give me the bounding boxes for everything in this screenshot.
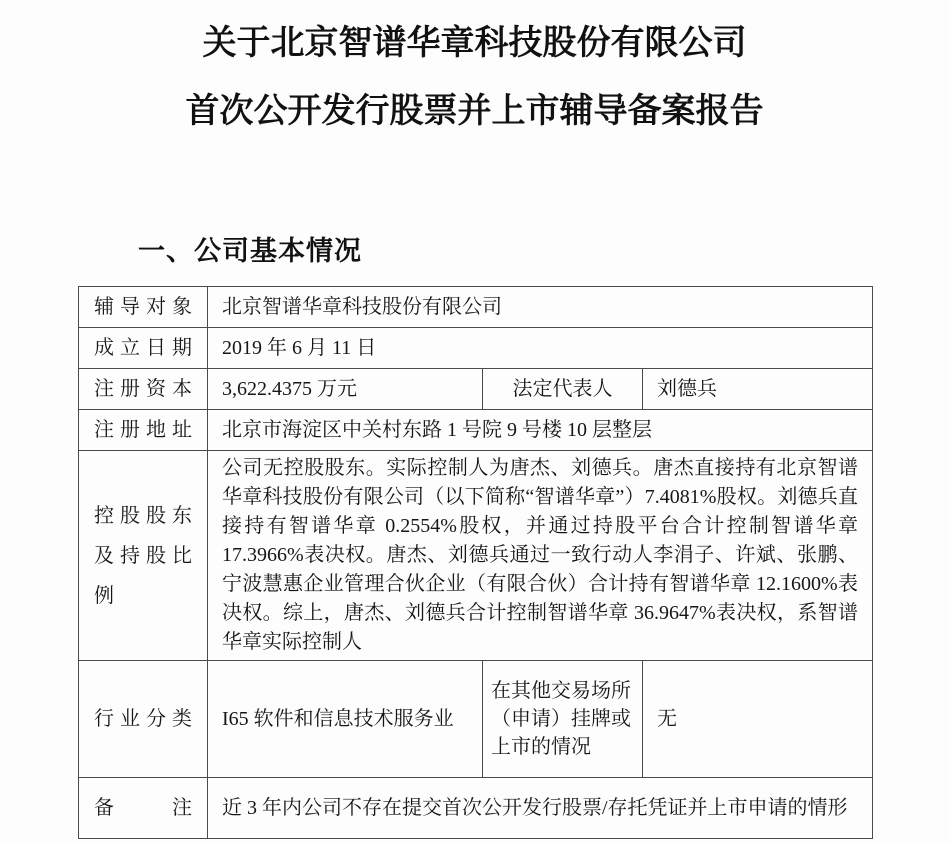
row-controlling-shareholders: 控股股东及持股比例 公司无控股股东。实际控制人为唐杰、刘德兵。唐杰直接持有北京智… xyxy=(79,451,873,661)
tutoring-target-value: 北京智谱华章科技股份有限公司 xyxy=(208,287,873,328)
legal-representative-label: 法定代表人 xyxy=(483,369,643,410)
row-remarks: 备注 近 3 年内公司不存在提交首次公开发行股票/存托凭证并上市申请的情形 xyxy=(79,778,873,839)
tutoring-target-label: 辅导对象 xyxy=(79,287,208,328)
document-page: 关于北京智谱华章科技股份有限公司 首次公开发行股票并上市辅导备案报告 一、公司基… xyxy=(0,0,949,844)
establishment-date-label: 成立日期 xyxy=(79,328,208,369)
row-registered-address: 注册地址 北京市海淀区中关村东路 1 号院 9 号楼 10 层整层 xyxy=(79,410,873,451)
row-registered-capital: 注册资本 3,622.4375 万元 法定代表人 刘德兵 xyxy=(79,369,873,410)
row-establishment-date: 成立日期 2019 年 6 月 11 日 xyxy=(79,328,873,369)
document-title-line-1: 关于北京智谱华章科技股份有限公司 xyxy=(0,24,949,62)
registered-address-value: 北京市海淀区中关村东路 1 号院 9 号楼 10 层整层 xyxy=(208,410,873,451)
company-info-table: 辅导对象 北京智谱华章科技股份有限公司 成立日期 2019 年 6 月 11 日… xyxy=(78,286,873,839)
row-industry-classification: 行业分类 I65 软件和信息技术服务业 在其他交易场所（申请）挂牌或上市的情况 … xyxy=(79,661,873,778)
industry-classification-label: 行业分类 xyxy=(79,661,208,778)
remarks-label: 备注 xyxy=(79,778,208,839)
controlling-shareholders-label: 控股股东及持股比例 xyxy=(79,451,208,661)
registered-capital-value: 3,622.4375 万元 xyxy=(208,369,483,410)
establishment-date-value: 2019 年 6 月 11 日 xyxy=(208,328,873,369)
registered-address-label: 注册地址 xyxy=(79,410,208,451)
industry-classification-value: I65 软件和信息技术服务业 xyxy=(208,661,483,778)
document-title-line-2: 首次公开发行股票并上市辅导备案报告 xyxy=(0,92,949,130)
other-listing-value: 无 xyxy=(643,661,873,778)
registered-capital-label: 注册资本 xyxy=(79,369,208,410)
controlling-shareholders-value: 公司无控股股东。实际控制人为唐杰、刘德兵。唐杰直接持有北京智谱华章科技股份有限公… xyxy=(208,451,873,661)
remarks-value: 近 3 年内公司不存在提交首次公开发行股票/存托凭证并上市申请的情形 xyxy=(208,778,873,839)
legal-representative-value: 刘德兵 xyxy=(643,369,873,410)
other-listing-label: 在其他交易场所（申请）挂牌或上市的情况 xyxy=(483,661,643,778)
section-heading: 一、公司基本情况 xyxy=(138,229,362,268)
row-tutoring-target: 辅导对象 北京智谱华章科技股份有限公司 xyxy=(79,287,873,328)
